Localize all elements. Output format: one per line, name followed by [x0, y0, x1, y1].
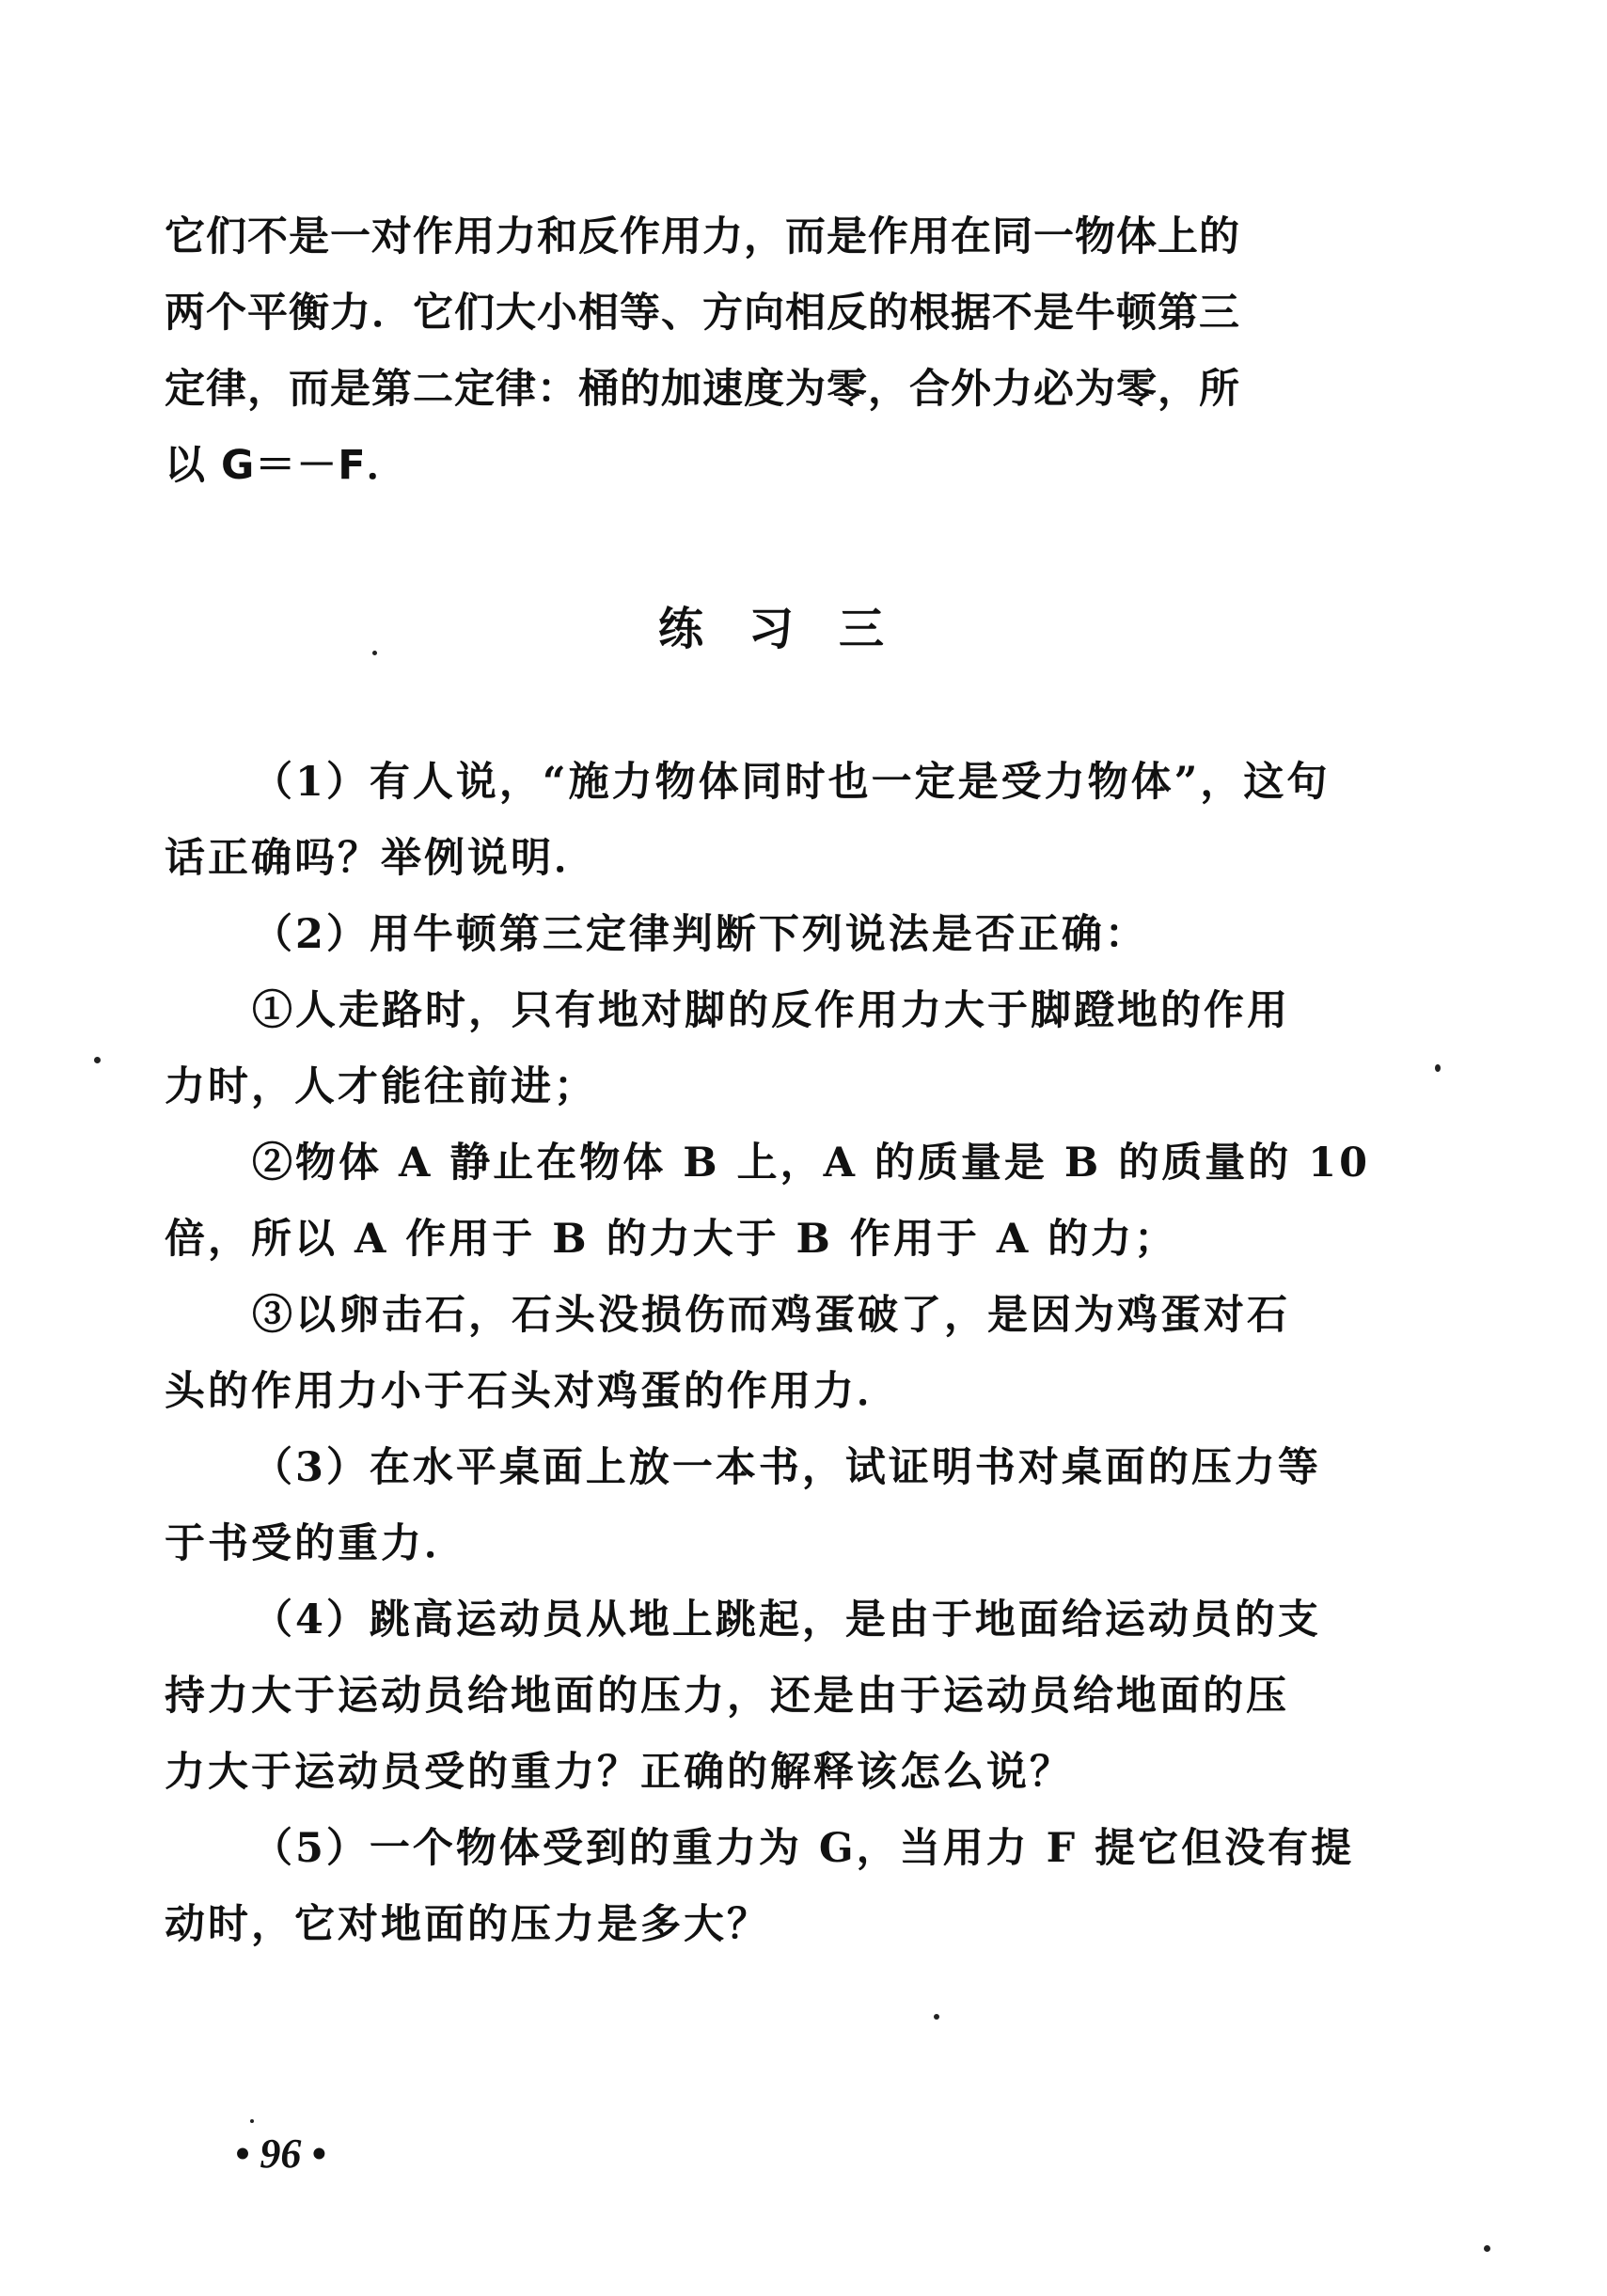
exercise-2-1-line: ①人走路时，只有地对脚的反作用力大于脚蹬地的作用 [252, 983, 1406, 1039]
exercise-2-3-line: ③以卵击石，石头没损伤而鸡蛋破了，是因为鸡蛋对石 [252, 1287, 1406, 1344]
exercise-2-3-line: 头的作用力小于石头对鸡蛋的作用力． [165, 1363, 1406, 1420]
scan-speck [1484, 2245, 1490, 2252]
scan-speck [372, 651, 377, 655]
exercise-5-line: （5）一个物体受到的重力为 G，当用力 F 提它但没有提 [252, 1820, 1406, 1877]
section-heading: 练习三 [658, 592, 929, 657]
text-line: 它们不是一对作用力和反作用力，而是作用在同一物体上的 [165, 209, 1406, 265]
exercise-3-line: （3）在水平桌面上放一本书，试证明书对桌面的压力等 [252, 1439, 1406, 1496]
exercise-2-line: （2）用牛顿第三定律判断下列说法是否正确： [252, 906, 1406, 963]
text-line: 两个平衡力．它们大小相等、方向相反的根据不是牛顿第三 [165, 285, 1406, 341]
scan-speck [934, 2014, 939, 2020]
exercise-1-line: （1）有人说，“施力物体同时也一定是受力物体”，这句 [252, 754, 1406, 810]
scan-speck [94, 1057, 101, 1063]
text-line: 以 G＝－F． [165, 437, 1406, 494]
exercise-2-2-line: 倍，所以 A 作用于 B 的力大于 B 作用于 A 的力； [165, 1211, 1406, 1267]
exercise-2-1-line: 力时，人才能往前进； [165, 1059, 1406, 1115]
page-number: • 96 • [235, 2130, 326, 2178]
exercise-5-line: 动时，它对地面的压力是多大？ [165, 1896, 1406, 1953]
heading-char: 习 [748, 592, 794, 657]
exercise-2-2-line: ②物体 A 静止在物体 B 上，A 的质量是 B 的质量的 10 [252, 1135, 1406, 1191]
heading-char: 练 [658, 592, 703, 657]
exercise-4-line: （4）跳高运动员从地上跳起，是由于地面给运动员的支 [252, 1592, 1406, 1648]
exercise-3-line: 于书受的重力． [165, 1516, 1406, 1572]
heading-char: 三 [839, 592, 884, 657]
text-line: 定律，而是第二定律：桶的加速度为零，合外力必为零，所 [165, 361, 1406, 417]
exercise-1-line: 话正确吗？举例说明． [165, 830, 1406, 887]
scan-speck [1435, 1064, 1441, 1072]
exercise-4-line: 力大于运动员受的重力？正确的解释该怎么说？ [165, 1744, 1406, 1801]
scan-speck [250, 2119, 254, 2123]
exercise-4-line: 持力大于运动员给地面的压力，还是由于运动员给地面的压 [165, 1668, 1406, 1724]
